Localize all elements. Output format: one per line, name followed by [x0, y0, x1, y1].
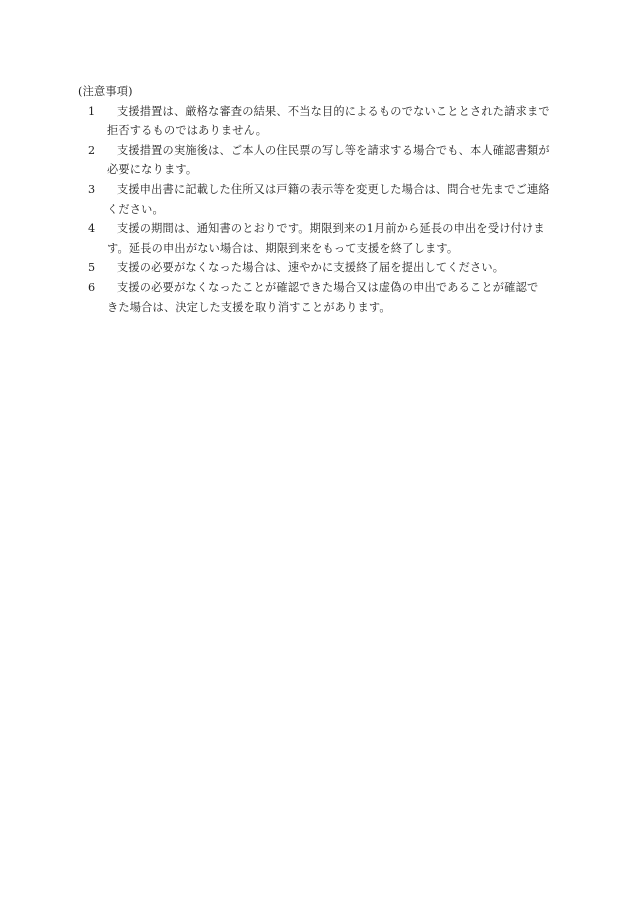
note-line: 支援申出書に記載した住所又は戸籍の表示等を変更した場合は、問合せ先までご連絡	[117, 180, 558, 200]
note-text: 支援の期間は、通知書のとおりです。期限到来の1月前から延長の申出を受け付けま す…	[97, 219, 558, 258]
note-text: 支援措置の実施後は、ご本人の住民票の写し等を請求する場合でも、本人確認書類が 必…	[97, 141, 558, 180]
note-item-1: 1 支援措置は、厳格な審査の結果、不当な目的によるものでないこととされた請求まで…	[78, 102, 558, 141]
note-item-2: 2 支援措置の実施後は、ご本人の住民票の写し等を請求する場合でも、本人確認書類が…	[78, 141, 558, 180]
notes-title: (注意事項)	[78, 82, 558, 102]
note-line: 拒否するものではありません。	[107, 121, 558, 141]
note-item-5: 5 支援の必要がなくなった場合は、速やかに支援終了届を提出してください。	[78, 258, 558, 278]
notes-section: (注意事項) 1 支援措置は、厳格な審査の結果、不当な目的によるものでないことと…	[78, 82, 558, 317]
note-text: 支援の必要がなくなった場合は、速やかに支援終了届を提出してください。	[97, 258, 558, 278]
note-line: 支援の必要がなくなったことが確認できた場合又は虚偽の申出であることが確認で	[117, 278, 558, 298]
note-number: 5	[88, 258, 100, 278]
note-number: 2	[88, 141, 100, 161]
note-number: 1	[88, 102, 100, 122]
note-text: 支援申出書に記載した住所又は戸籍の表示等を変更した場合は、問合せ先までご連絡 く…	[97, 180, 558, 219]
note-line: 支援措置は、厳格な審査の結果、不当な目的によるものでないこととされた請求まで	[117, 102, 558, 122]
note-item-4: 4 支援の期間は、通知書のとおりです。期限到来の1月前から延長の申出を受け付けま…	[78, 219, 558, 258]
note-line: 支援の必要がなくなった場合は、速やかに支援終了届を提出してください。	[117, 258, 558, 278]
note-number: 3	[88, 180, 100, 200]
note-line: 支援の期間は、通知書のとおりです。期限到来の1月前から延長の申出を受け付けま	[117, 219, 558, 239]
note-text: 支援措置は、厳格な審査の結果、不当な目的によるものでないこととされた請求まで 拒…	[97, 102, 558, 141]
note-number: 4	[88, 219, 100, 239]
note-line: きた場合は、決定した支援を取り消すことがあります。	[107, 298, 558, 318]
note-text: 支援の必要がなくなったことが確認できた場合又は虚偽の申出であることが確認で きた…	[97, 278, 558, 317]
note-item-6: 6 支援の必要がなくなったことが確認できた場合又は虚偽の申出であることが確認で …	[78, 278, 558, 317]
note-number: 6	[88, 278, 100, 298]
note-list: 1 支援措置は、厳格な審査の結果、不当な目的によるものでないこととされた請求まで…	[78, 102, 558, 318]
note-line: 必要になります。	[107, 160, 558, 180]
note-item-3: 3 支援申出書に記載した住所又は戸籍の表示等を変更した場合は、問合せ先までご連絡…	[78, 180, 558, 219]
note-line: 支援措置の実施後は、ご本人の住民票の写し等を請求する場合でも、本人確認書類が	[117, 141, 558, 161]
note-line: ください。	[107, 200, 558, 220]
note-line: す。延長の申出がない場合は、期限到来をもって支援を終了します。	[107, 239, 558, 259]
